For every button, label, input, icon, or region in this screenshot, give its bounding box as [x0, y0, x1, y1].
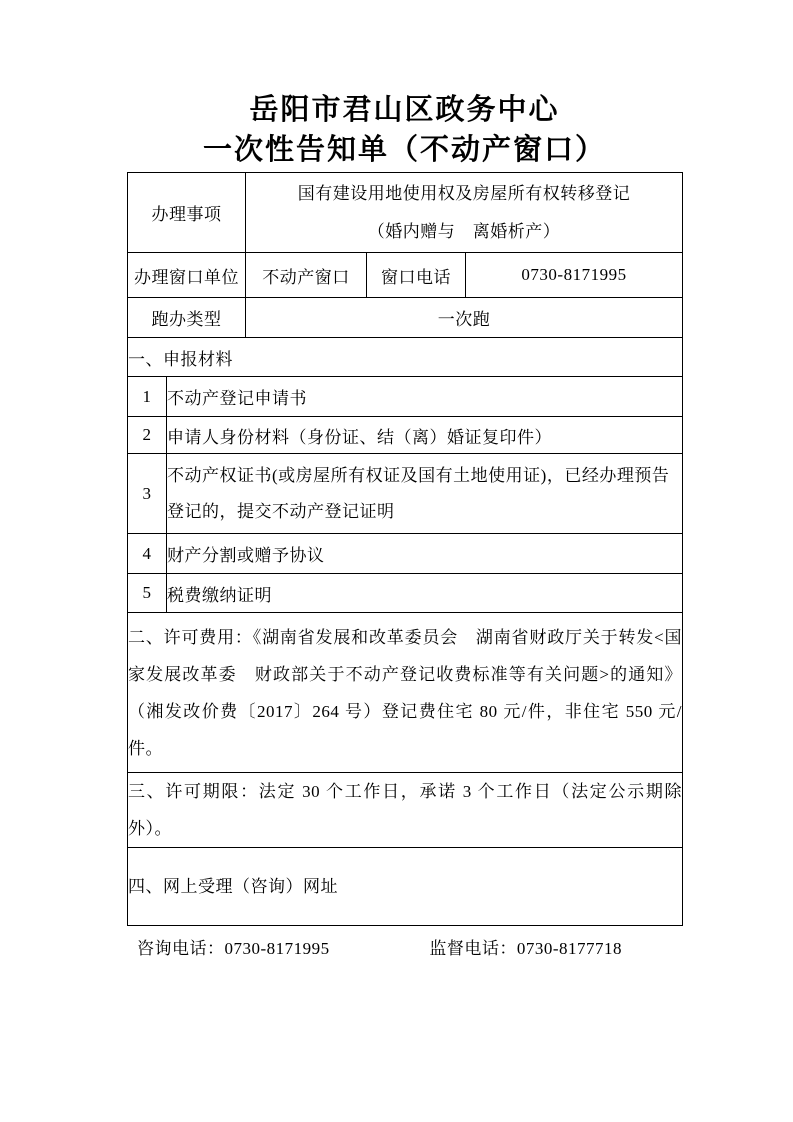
row-website: 四、网上受理（咨询）网址	[128, 848, 683, 926]
material-item-row: 1 不动产登记申请书	[128, 377, 683, 417]
notice-table: 办理事项 国有建设用地使用权及房屋所有权转移登记 （婚内赠与 离婚析产） 办理窗…	[127, 172, 683, 926]
material-item-text: 不动产权证书(或房屋所有权证及国有土地使用证)，已经办理预告登记的，提交不动产登…	[167, 454, 683, 534]
material-item-number: 1	[128, 377, 167, 417]
material-item-text: 财产分割或赠予协议	[167, 534, 683, 574]
material-item-text: 不动产登记申请书	[167, 377, 683, 417]
row-fee: 二、许可费用：《湖南省发展和改革委员会 湖南省财政厅关于转发<国家发展改革委 财…	[128, 613, 683, 773]
material-item-text: 税费缴纳证明	[167, 574, 683, 613]
materials-heading-cell: 一、申报材料	[128, 338, 683, 377]
window-phone-cell: 0730-8171995	[466, 253, 683, 298]
row-period: 三、许可期限：法定 30 个工作日，承诺 3 个工作日（法定公示期除外）。	[128, 773, 683, 848]
window-unit-cell: 不动产窗口	[246, 253, 367, 298]
material-item-text: 申请人身份材料（身份证、结（离）婚证复印件）	[167, 417, 683, 454]
document-title: 岳阳市君山区政务中心 一次性告知单（不动产窗口）	[127, 90, 682, 170]
run-type-label-cell: 跑办类型	[128, 298, 246, 338]
material-item-number: 3	[128, 454, 167, 534]
row-window: 办理窗口单位 不动产窗口 窗口电话 0730-8171995	[128, 253, 683, 298]
material-item-row: 5 税费缴纳证明	[128, 574, 683, 613]
document-title-line1: 岳阳市君山区政务中心	[127, 90, 682, 130]
row-run-type: 跑办类型 一次跑	[128, 298, 683, 338]
material-item-row: 3 不动产权证书(或房屋所有权证及国有土地使用证)，已经办理预告登记的，提交不动…	[128, 454, 683, 534]
document-title-line2: 一次性告知单（不动产窗口）	[127, 130, 682, 170]
matter-label-cell: 办理事项	[128, 173, 246, 253]
matter-value-cell: 国有建设用地使用权及房屋所有权转移登记 （婚内赠与 离婚析产）	[246, 173, 683, 253]
supervision-phone: 监督电话：0730-8177718	[429, 938, 622, 960]
window-label-cell: 办理窗口单位	[128, 253, 246, 298]
row-matter: 办理事项 国有建设用地使用权及房屋所有权转移登记 （婚内赠与 离婚析产）	[128, 173, 683, 253]
matter-value-line1: 国有建设用地使用权及房屋所有权转移登记	[246, 175, 682, 213]
run-type-value-cell: 一次跑	[246, 298, 683, 338]
consult-phone: 咨询电话：0730-8171995	[137, 938, 330, 960]
website-cell: 四、网上受理（咨询）网址	[128, 848, 683, 926]
window-phone-label-cell: 窗口电话	[367, 253, 466, 298]
fee-paragraph-cell: 二、许可费用：《湖南省发展和改革委员会 湖南省财政厅关于转发<国家发展改革委 财…	[128, 613, 683, 773]
material-item-row: 2 申请人身份材料（身份证、结（离）婚证复印件）	[128, 417, 683, 454]
matter-value-line2: （婚内赠与 离婚析产）	[246, 213, 682, 251]
document-page: 岳阳市君山区政务中心 一次性告知单（不动产窗口） 办理事项 国有建设用地使用权及…	[0, 0, 793, 1122]
material-item-number: 5	[128, 574, 167, 613]
period-paragraph-cell: 三、许可期限：法定 30 个工作日，承诺 3 个工作日（法定公示期除外）。	[128, 773, 683, 848]
row-materials-heading: 一、申报材料	[128, 338, 683, 377]
material-item-number: 2	[128, 417, 167, 454]
material-item-row: 4 财产分割或赠予协议	[128, 534, 683, 574]
footer-phones: 咨询电话：0730-8171995 监督电话：0730-8177718	[127, 938, 682, 960]
material-item-number: 4	[128, 534, 167, 574]
